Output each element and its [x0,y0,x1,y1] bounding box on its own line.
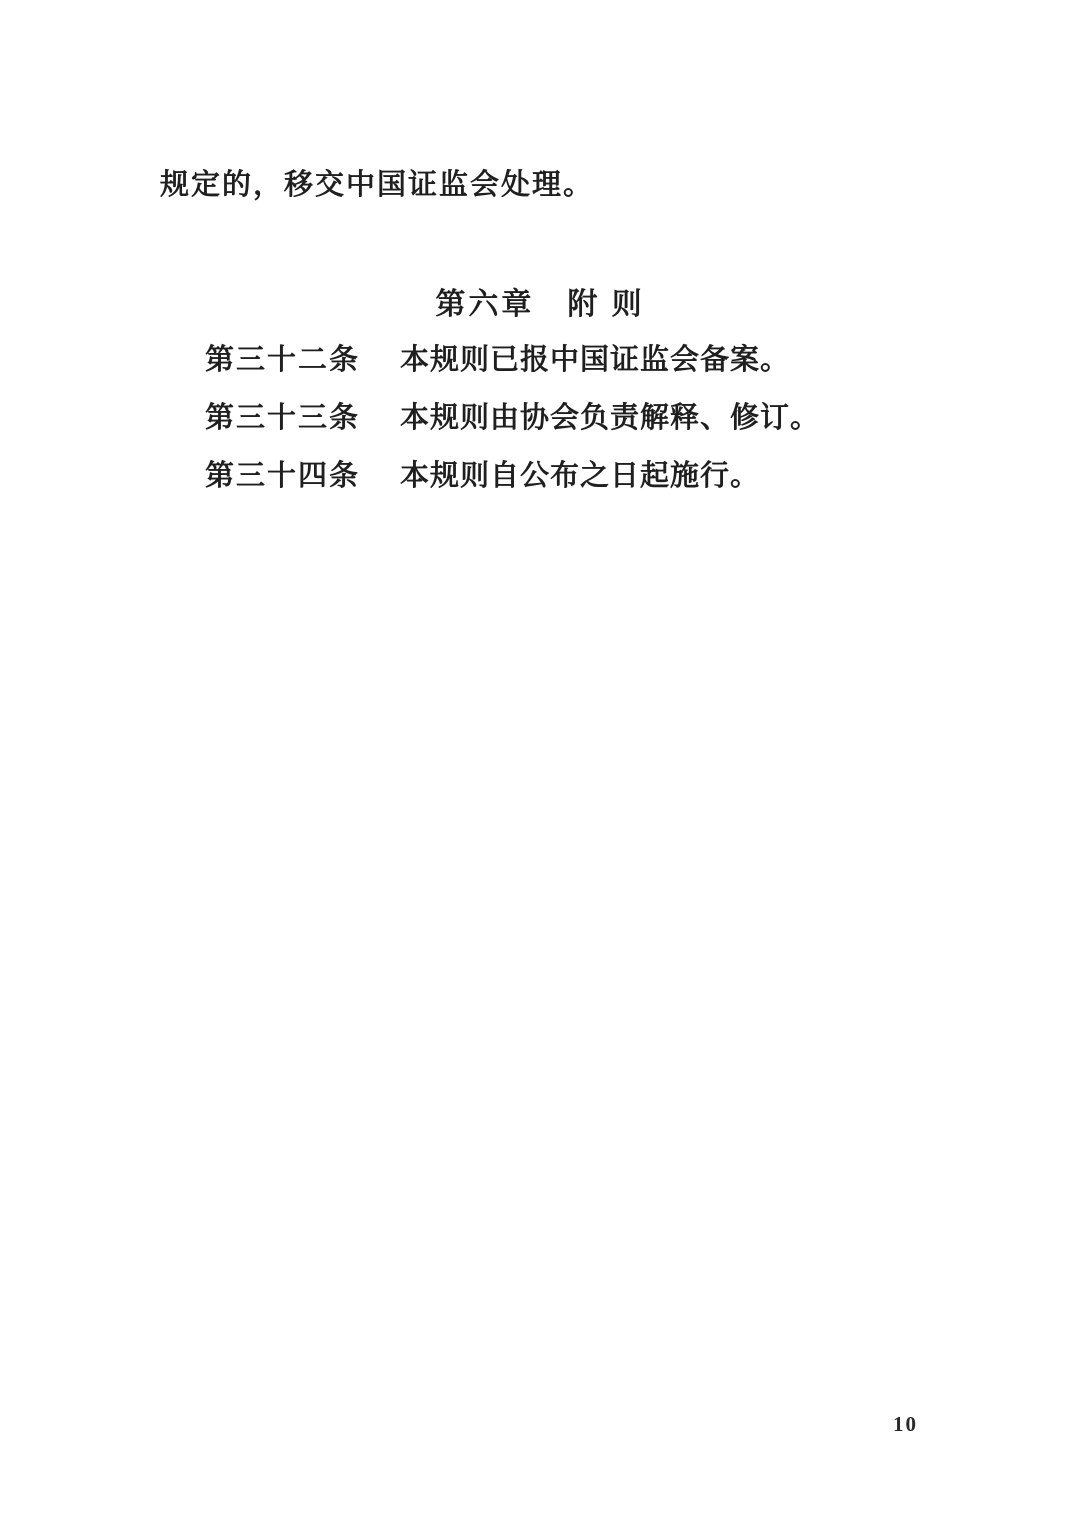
article-number: 第三十三条 [205,401,360,436]
document-page: 规定的，移交中国证监会处理。 第六章 附 则 第三十二条本规则已报中国证监会备案… [0,0,1080,1527]
article-text: 本规则自公布之日起施行。 [400,459,760,494]
article-text: 本规则由协会负责解释、修订。 [400,401,820,436]
article-item: 第三十四条本规则自公布之日起施行。 [205,459,980,494]
article-item: 第三十三条本规则由协会负责解释、修订。 [205,401,980,436]
article-text: 本规则已报中国证监会备案。 [400,343,790,378]
chapter-heading: 第六章 附 则 [0,279,1080,323]
body-paragraph-continuation: 规定的，移交中国证监会处理。 [160,168,940,203]
article-number: 第三十四条 [205,459,360,494]
article-item: 第三十二条本规则已报中国证监会备案。 [205,343,980,378]
article-number: 第三十二条 [205,343,360,378]
page-number: 10 [893,1412,918,1437]
